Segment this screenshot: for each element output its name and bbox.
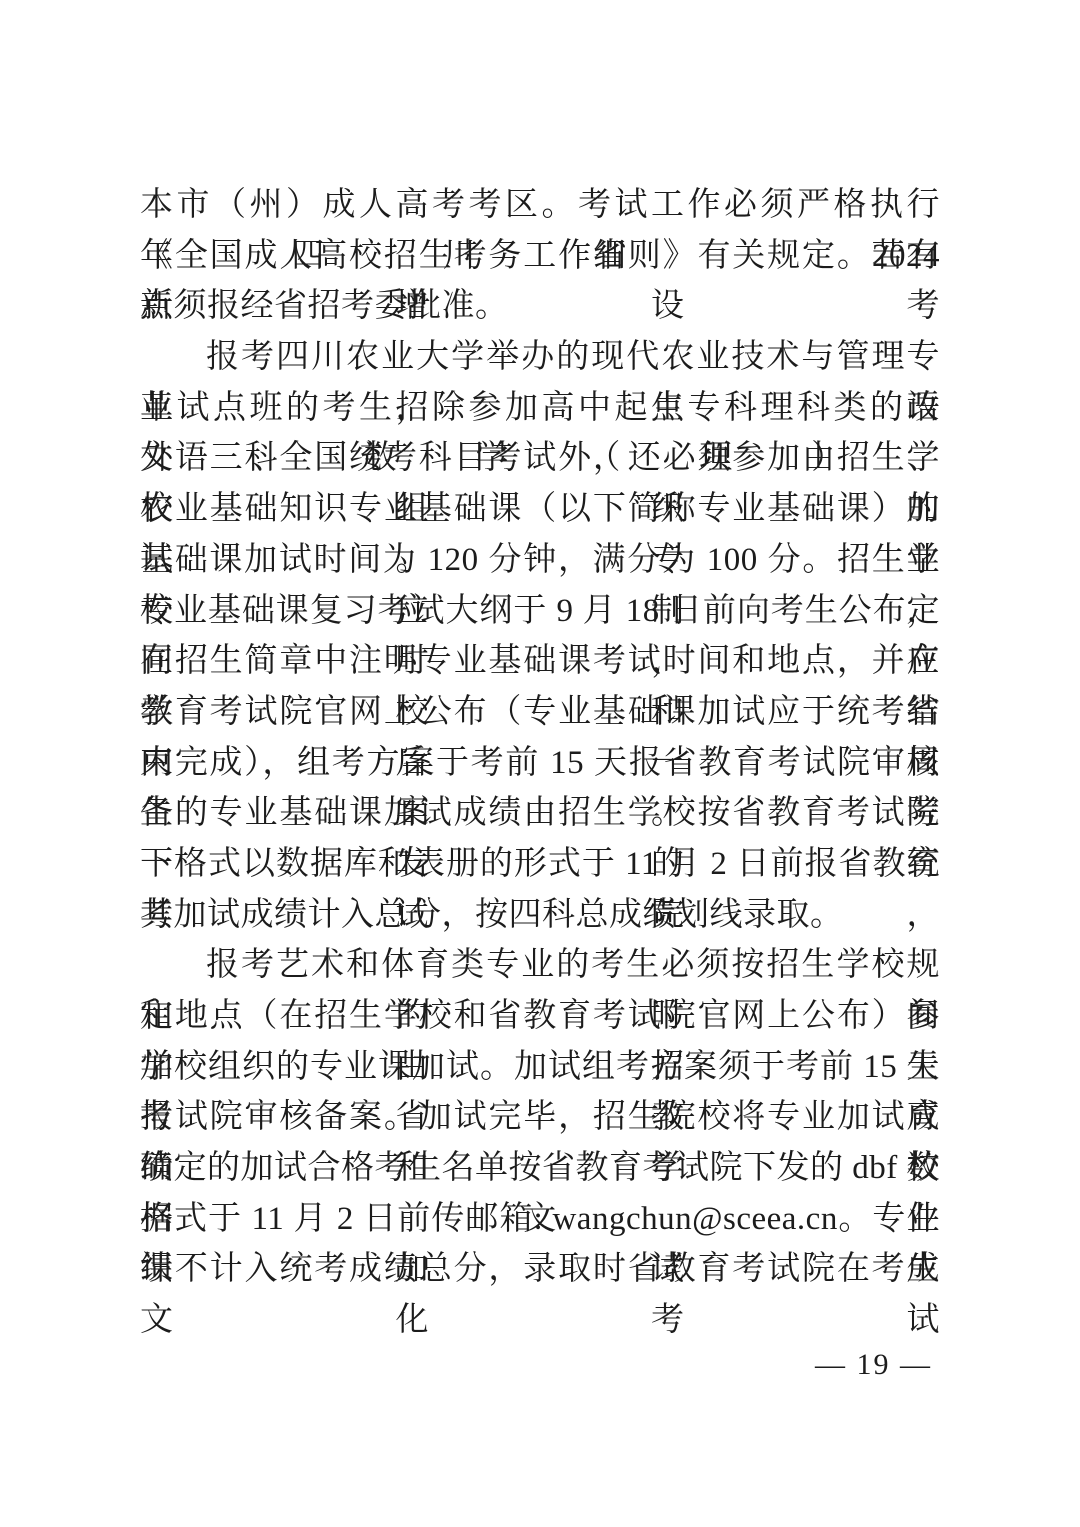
text-line: 革试点班的考生，除参加高中起点专科理科类的语文、数学（理）、 xyxy=(140,383,940,434)
text-line: 农业基础知识专业基础课（以下简称专业基础课）加试。专业 xyxy=(140,484,940,535)
text-line: 外语三科全国统考科目考试外，还必须参加由招生学校组织的 xyxy=(140,433,940,484)
text-line: 报考四川农业大学举办的现代农业技术与管理专业招生改 xyxy=(140,332,940,383)
text-line: 内完成），组考方案于考前 15 天报省教育考试院审核备案。考 xyxy=(140,738,940,789)
text-line: 报考艺术和体育类专业的考生必须按招生学校规定的时间 xyxy=(140,940,940,991)
text-line: 学校组织的专业课加试。加试组考方案须于考前 15 天报省教育 xyxy=(140,1042,940,1093)
document-page: 本市（州）成人高考考区。考试工作必须严格执行《四川省 2024 年全国成人高校招… xyxy=(0,0,1080,1527)
text-line: 和地点（在招生学校和省教育考试院官网上公布）参加由招生 xyxy=(140,991,940,1042)
body-text: 本市（州）成人高考考区。考试工作必须严格执行《四川省 2024 年全国成人高校招… xyxy=(140,180,940,1295)
text-line: 年全国成人高校招生考务工作细则》有关规定。若有新增设考 xyxy=(140,231,940,282)
text-line: 格式于 11 月 2 日前传邮箱: wangchun@sceea.cn。专业课加… xyxy=(140,1194,940,1245)
page-number: — 19 — xyxy=(815,1348,932,1382)
text-line: 生的专业基础课加试成绩由招生学校按省教育考试院下发的统 xyxy=(140,788,940,839)
text-line: 基础课加试时间为 120 分钟，满分为 100 分。招生学校应制定 xyxy=(140,535,940,586)
text-line: 其加试成绩计入总分，按四科总成绩划线录取。 xyxy=(140,890,940,941)
text-line: 本市（州）成人高考考区。考试工作必须严格执行《四川省 2024 xyxy=(140,180,940,231)
text-line: 绩不计入统考成绩总分，录取时省教育考试院在考生文化考试 xyxy=(140,1244,940,1295)
text-line: 专业基础课复习考试大纲于 9 月 18 日前向考生公布，同时，应 xyxy=(140,586,940,637)
text-line: 一格式以数据库和表册的形式于 11 月 2 日前报省教育考试院， xyxy=(140,839,940,890)
text-line: 确定的加试合格考生名单按省教育考试院下发的 dbf 数据文件 xyxy=(140,1143,940,1194)
text-line: 教育考试院官网上公布（专业基础课加试应于统考结束后一周 xyxy=(140,687,940,738)
text-line: 在招生简章中注明专业基础课考试时间和地点，并在学校和省 xyxy=(140,636,940,687)
text-line: 考试院审核备案。加试完毕，招生院校将专业加试成绩和学校 xyxy=(140,1092,940,1143)
